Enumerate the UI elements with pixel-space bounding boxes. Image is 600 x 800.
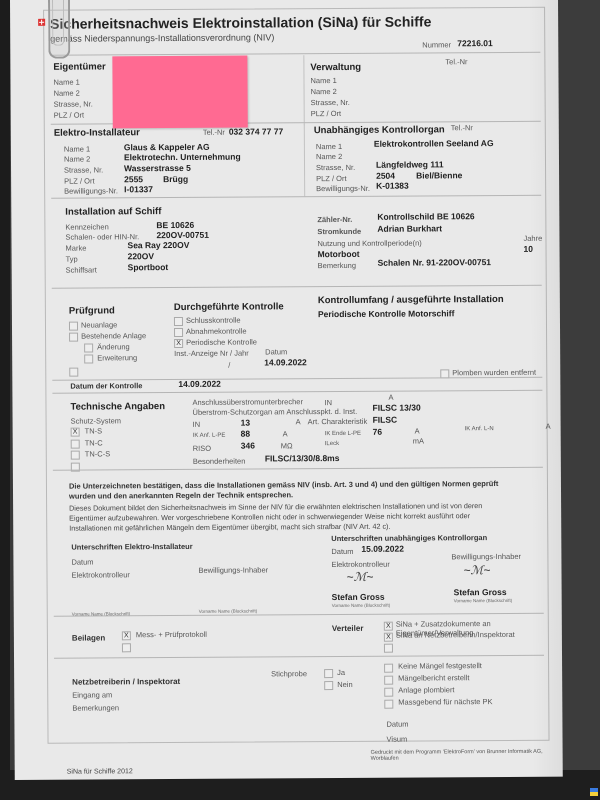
ik-end-unit: A	[415, 427, 420, 436]
years-label: Jahre	[523, 234, 542, 243]
network-title: Netzbetreiberin / Inspektorat	[72, 677, 180, 687]
reason-checkbox-bestehend[interactable]	[69, 333, 78, 342]
controller-street: Längfeldweg 111	[376, 159, 444, 169]
document-title: Sicherheitsnachweis Elektroinstallation …	[50, 13, 431, 31]
controller-name1: Elektrokontrollen Seeland AG	[374, 138, 494, 149]
reason-label-neuanlage: Neuanlage	[81, 320, 117, 329]
installer-street-label: Strasse, Nr.	[64, 165, 103, 174]
number-label: Nummer	[422, 40, 451, 49]
owner-street-label: Strasse, Nr.	[54, 99, 93, 108]
installer-plz-label: PLZ / Ort	[64, 176, 94, 185]
footer-version: SiNa für Schiffe 2012	[67, 768, 133, 775]
sig-controller-title: Unterschriften unabhängiges Kontrollorga…	[331, 533, 487, 543]
controller-city: Biel/Bienne	[416, 170, 462, 180]
attachment-checkbox-other[interactable]	[122, 643, 131, 652]
controller-permit: K-01383	[376, 181, 409, 191]
result-checkbox-next-pk[interactable]	[384, 700, 393, 709]
result-label-sealed: Anlage plombiert	[398, 685, 454, 694]
sig-installer-title: Unterschriften Elektro-Installateur	[71, 542, 192, 552]
notice-date-value: 14.09.2022	[264, 357, 307, 367]
paperclip-inner	[52, 0, 64, 46]
years-value: 10	[523, 244, 533, 254]
ik-lpe-value: 88	[241, 429, 251, 439]
result-label-no-defects: Keine Mängel festgestellt	[398, 661, 482, 671]
reason-label-erweiterung: Erweiterung	[97, 353, 137, 362]
sig-controller-controller-label: Elektrokontrolleur	[331, 560, 389, 569]
in-label: IN	[193, 420, 201, 429]
sig-controller-caption-2: Vorname Name (Blockschrift)	[454, 598, 513, 603]
installation-title: Installation auf Schiff	[65, 206, 161, 218]
sig-controller-date-value: 15.09.2022	[361, 544, 404, 554]
protection-label-tncs: TN-C-S	[85, 449, 110, 458]
meter-value: Kontrollschild BE 10626	[377, 211, 474, 222]
result-label-defect-report: Mängelbericht erstellt	[398, 673, 469, 682]
controller-plz: 2504	[376, 171, 395, 181]
sample-label-yes: Ja	[337, 668, 345, 677]
installer-plz: 2555	[124, 174, 143, 184]
ik-end-label: IK Ende L-PE	[325, 431, 361, 437]
protection-checkbox-tnc[interactable]	[71, 440, 80, 449]
notice-date-label: Datum	[265, 347, 287, 356]
control-checkbox-periodisch[interactable]: X	[174, 339, 183, 348]
reason-checkbox-aenderung[interactable]	[84, 343, 93, 352]
swiss-flag-icon	[38, 19, 45, 26]
plate-value: BE 10626	[156, 220, 194, 230]
scope-value: Periodische Kontrolle Motorschiff	[318, 308, 455, 319]
management-title: Verwaltung	[310, 62, 361, 73]
meter-label: Zähler-Nr.	[317, 215, 352, 224]
in-unit: A	[296, 417, 301, 426]
shiptype-value: Sportboot	[128, 262, 169, 272]
installer-tel-label: Tel.-Nr	[203, 128, 225, 137]
installer-name2-label: Name 2	[64, 155, 90, 164]
sample-label: Stichprobe	[271, 669, 307, 678]
customer-value: Adrian Burkhart	[377, 223, 442, 233]
char-label: Art. Charakteristik	[308, 417, 368, 426]
controller-permit-label: Bewilligungs-Nr.	[316, 184, 370, 193]
sig-installer-date-label: Datum	[71, 558, 93, 567]
distribution-label-network: SiNa an Netzbetreiberin/Inspektorat	[396, 630, 515, 640]
attachments-title: Beilagen	[72, 633, 105, 642]
installer-title: Elektro-Installateur	[54, 127, 140, 139]
control-checkbox-abnahme[interactable]	[174, 328, 183, 337]
riso-value: 346	[241, 441, 255, 451]
result-checkbox-defect-report[interactable]	[384, 676, 393, 685]
leak-unit: mA	[413, 436, 424, 445]
remark-value: Schalen Nr. 91-220OV-00751	[378, 257, 491, 268]
protection-label: Schutz-System	[71, 416, 121, 425]
sig-controller-name: Stefan Gross	[332, 592, 385, 602]
type-label: Typ	[66, 255, 78, 264]
notice-value: /	[228, 361, 230, 370]
installer-name1: Glaus & Kappeler AG	[124, 142, 210, 153]
sig-installer-controller-label: Elektrokontrolleur	[71, 570, 129, 579]
owner-plz-label: PLZ / Ort	[54, 111, 84, 120]
network-visum-label: Visum	[386, 735, 407, 744]
reason-checkbox-neuanlage[interactable]	[69, 322, 78, 331]
shiptype-label: Schiffsart	[66, 265, 97, 274]
plate-label: Kennzeichen	[65, 222, 108, 231]
riso-label: RISO	[193, 444, 211, 453]
breaker-in-label: IN	[324, 398, 332, 407]
controller-title: Unabhängiges Kontrollorgan	[314, 124, 445, 136]
type-value: 220OV	[128, 251, 155, 261]
reason-checkbox-erweiterung[interactable]	[84, 354, 93, 363]
confirmation-bold: Die Unterzeichneten bestätigen, dass die…	[69, 479, 499, 502]
control-label-schluss: Schlusskontrolle	[186, 316, 241, 325]
controller-name2-label: Name 2	[316, 152, 342, 161]
overcurrent-value: FILSC 13/30	[372, 402, 420, 412]
leak-label: ILeck	[325, 441, 339, 447]
installer-tel-value: 032 374 77 77	[229, 126, 283, 136]
protection-label-tns: TN-S	[85, 426, 103, 435]
breaker-in-unit: A	[388, 393, 393, 402]
notice-label: Inst.-Anzeige Nr / Jahr	[174, 349, 249, 358]
brand-value: Sea Ray 220OV	[127, 240, 189, 250]
sample-checkbox-yes[interactable]	[324, 669, 333, 678]
sig-controller-caption-1: Vorname Name (Blockschrift)	[332, 603, 391, 608]
brand-label: Marke	[65, 244, 86, 253]
special-value: FILSC/13/30/8.8ms	[265, 453, 340, 463]
corner-badge-icon	[590, 788, 598, 796]
reason-label-bestehend: Bestehende Anlage	[81, 331, 146, 340]
ik-lpe-unit: A	[283, 429, 288, 438]
attachment-checkbox-protocol[interactable]: X	[122, 631, 131, 640]
confirmation-text: Dieses Dokument bildet den Sicherheitsna…	[69, 501, 514, 534]
technical-title: Technische Angaben	[70, 401, 165, 413]
signature-controller: ~ℳ~	[346, 570, 373, 584]
protection-label-tnc: TN-C	[85, 438, 103, 447]
sticky-note	[112, 56, 247, 129]
signature-holder: ~ℳ~	[463, 563, 490, 577]
customer-label: Stromkunde	[317, 227, 361, 236]
background-left	[0, 0, 10, 800]
management-name2-label: Name 2	[311, 87, 337, 96]
background-right	[560, 0, 600, 800]
reason-checkbox-other[interactable]	[69, 368, 78, 377]
number-value: 72216.01	[457, 38, 493, 48]
distribution-title: Verteiler	[332, 624, 364, 633]
breaker-label: Anschlussüberstromunterbrecher	[192, 397, 303, 407]
installer-street: Wasserstrasse 5	[124, 163, 191, 173]
in-value: 13	[241, 418, 251, 428]
scope-title: Kontrollumfang / ausgeführte Installatio…	[318, 294, 504, 306]
control-date-label: Datum der Kontrolle	[70, 381, 142, 390]
controller-tel-label: Tel.-Nr	[451, 123, 473, 132]
document-subtitle: gemäss Niederspannungs-Installationsvero…	[50, 32, 274, 43]
special-label: Besonderheiten	[193, 457, 246, 466]
overcurrent-label: Überstrom-Schutzorgan am Anschlusspkt. d…	[192, 407, 357, 417]
sig-installer-caption-2: Vorname Name (Blockschrift)	[199, 609, 258, 614]
installer-name1-label: Name 1	[64, 145, 90, 154]
riso-unit: MΩ	[281, 441, 293, 450]
footer-printed: Gedruckt mit dem Programm 'ElektroForm' …	[371, 749, 563, 762]
installer-city: Brügg	[163, 174, 188, 184]
distribution-checkbox-owner[interactable]: X	[384, 622, 393, 631]
management-tel-label: Tel.-Nr	[445, 57, 467, 66]
protection-checkbox-tncs[interactable]	[71, 451, 80, 460]
protection-checkbox-tns[interactable]: X	[71, 428, 80, 437]
controller-street-label: Strasse, Nr.	[316, 163, 355, 172]
remark-label: Bemerkung	[318, 261, 356, 270]
control-checkbox-schluss[interactable]	[174, 317, 183, 326]
reason-title: Prüfgrund	[69, 305, 115, 316]
network-remarks-label: Bemerkungen	[72, 703, 119, 712]
owner-name1-label: Name 1	[53, 78, 79, 87]
result-label-next-pk: Massgebend für nächste PK	[398, 697, 492, 707]
management-name1-label: Name 1	[310, 76, 336, 85]
ik-ln-unit: A	[546, 422, 551, 431]
installer-name2: Elektrotechn. Unternehmung	[124, 152, 241, 163]
distribution-checkbox-network[interactable]: X	[384, 633, 393, 642]
management-plz-label: PLZ / Ort	[311, 109, 341, 118]
ik-end-value: 76	[373, 427, 383, 437]
reason-label-aenderung: Änderung	[97, 342, 130, 351]
control-label-abnahme: Abnahmekontrolle	[186, 327, 247, 336]
network-received-label: Eingang am	[72, 690, 112, 699]
sample-label-no: Nein	[337, 680, 352, 689]
hull-value: 220OV-00751	[156, 230, 209, 240]
sample-checkbox-no[interactable]	[324, 681, 333, 690]
sig-controller-holder-label: Bewilligungs-Inhaber	[451, 552, 521, 561]
control-label-periodisch: Periodische Kontrolle	[186, 337, 257, 346]
management-street-label: Strasse, Nr.	[311, 98, 350, 107]
result-checkbox-no-defects[interactable]	[384, 664, 393, 673]
controller-name1-label: Name 1	[316, 142, 342, 151]
sig-installer-holder-label: Bewilligungs-Inhaber	[198, 565, 268, 574]
owner-name2-label: Name 2	[54, 89, 80, 98]
distribution-checkbox-other[interactable]	[384, 644, 393, 653]
sig-controller-date-label: Datum	[331, 547, 353, 556]
controller-plz-label: PLZ / Ort	[316, 174, 346, 183]
result-checkbox-sealed[interactable]	[384, 688, 393, 697]
document-page: Sicherheitsnachweis Elektroinstallation …	[10, 0, 563, 780]
char-value: FILSC	[373, 415, 398, 425]
installer-permit-label: Bewilligungs-Nr.	[64, 186, 118, 195]
usage-value: Motorboot	[318, 249, 360, 259]
network-date-label: Datum	[386, 720, 408, 729]
installer-permit: I-01337	[124, 184, 153, 194]
attachment-label-protocol: Mess- + Prüfprotokoll	[136, 630, 207, 639]
ik-ln-label: IK Anf. L-N	[465, 426, 494, 432]
sig-holder-name: Stefan Gross	[454, 587, 507, 597]
ik-lpe-label: IK Anf. L-PE	[193, 433, 226, 439]
owner-title: Eigentümer	[53, 61, 105, 72]
control-done-title: Durchgeführte Kontrolle	[174, 301, 284, 313]
usage-label: Nutzung und Kontrollperiode(n)	[317, 238, 421, 248]
control-date-value: 14.09.2022	[178, 379, 221, 389]
